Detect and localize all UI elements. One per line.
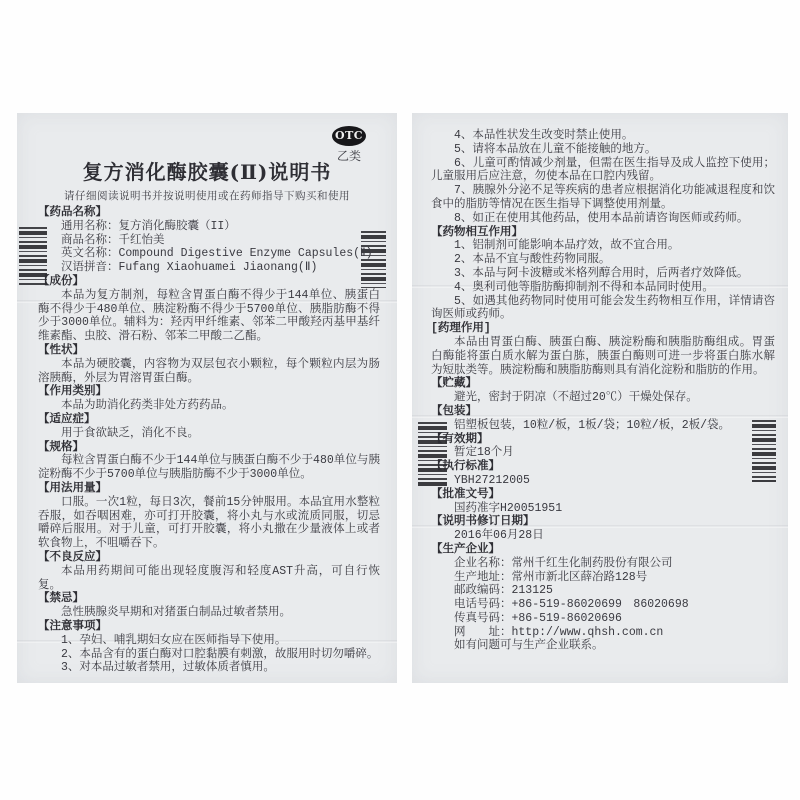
section-line: 每粒含胃蛋白酶不少于144单位与胰蛋白酶不少于480单位与胰淀粉酶不少于5700… <box>38 454 380 482</box>
section-line: 3、对本品过敏者禁用，过敏体质者慎用。 <box>38 661 380 675</box>
section-line: 口服。一次1粒，每日3次，餐前15分钟服用。本品宜用水整粒吞服，如吞咽困难，亦可… <box>38 496 380 551</box>
section-heading: 【贮藏】 <box>431 377 775 391</box>
section-heading: 【作用类别】 <box>38 385 380 399</box>
section-line: 生产地址：常州市新北区薛冶路128号 <box>431 571 775 585</box>
section-line: 4、奥利司他等脂肪酶抑制剂不得和本品同时使用。 <box>431 281 775 295</box>
section-line: 如有问题可与生产企业联系。 <box>431 639 775 653</box>
section-line: 本品为硬胶囊，内容物为双层包衣小颗粒，每个颗粒内层为肠溶胰酶，外层为胃溶胃蛋白酶… <box>38 358 380 386</box>
section-line: 2、本品含有的蛋白酶对口腔黏膜有刺激，故服用时切勿嚼碎。 <box>38 648 380 662</box>
left-page-content: 【药品名称】通用名称：复方消化酶胶囊（II）商品名称：千红怡美英文名称：Comp… <box>38 206 380 675</box>
section-line: 用于食欲缺乏，消化不良。 <box>38 427 380 441</box>
page-subtitle: 请仔细阅读说明书并按说明使用或在药师指导下购买和使用 <box>17 188 397 203</box>
section-line: 4、本品性状发生改变时禁止使用。 <box>431 129 775 143</box>
section-line: 电话号码：+86-519-86020699 86020698 <box>431 598 775 612</box>
section-line: 3、本品与阿卡波糖或米格列醇合用时，后两者疗效降低。 <box>431 267 775 281</box>
section-line: 避光，密封于阴凉（不超过20℃）干燥处保存。 <box>431 391 775 405</box>
section-heading: 【成份】 <box>38 275 380 289</box>
section-line: 网 址：http://www.qhsh.com.cn <box>431 626 775 640</box>
section-heading: 【药物相互作用】 <box>431 226 775 240</box>
section-heading: 【有效期】 <box>431 433 775 447</box>
section-line: 通用名称：复方消化酶胶囊（II） <box>38 220 380 234</box>
section-line: 传真号码：+86-519-86020696 <box>431 612 775 626</box>
insert-page-left: OTC 乙类 复方消化酶胶囊(Ⅱ)说明书 请仔细阅读说明书并按说明使用或在药师指… <box>17 113 397 683</box>
section-heading: 【执行标准】 <box>431 460 775 474</box>
otc-oval-icon: OTC <box>332 126 366 146</box>
section-heading: 【规格】 <box>38 441 380 455</box>
section-line: 8、如正在使用其他药品，使用本品前请咨询医师或药师。 <box>431 212 775 226</box>
section-line: 商品名称：千红怡美 <box>38 234 380 248</box>
section-line: 7、胰腺外分泌不足等疾病的患者应根据消化功能减退程度和饮食中的脂肪等情况在医生指… <box>431 184 775 212</box>
section-heading: 【用法用量】 <box>38 482 380 496</box>
section-line: 汉语拼音：Fufang Xiaohuamei Jiaonang(Ⅱ) <box>38 261 380 275</box>
section-line: 本品为助消化药类非处方药药品。 <box>38 399 380 413</box>
insert-page-right: 4、本品性状发生改变时禁止使用。5、请将本品放在儿童不能接触的地方。6、儿童可酌… <box>412 113 788 683</box>
right-page-content: 4、本品性状发生改变时禁止使用。5、请将本品放在儿童不能接触的地方。6、儿童可酌… <box>431 129 775 653</box>
section-line: 1、铝制剂可能影响本品疗效，故不宜合用。 <box>431 239 775 253</box>
section-line: 6、儿童可酌情减少剂量，但需在医生指导及成人监控下使用；儿童服用后应注意，勿使本… <box>431 157 775 185</box>
section-line: 2016年06月28日 <box>431 529 775 543</box>
section-line: 急性胰腺炎早期和对猪蛋白制品过敏者禁用。 <box>38 606 380 620</box>
section-heading: 【药品名称】 <box>38 206 380 220</box>
section-line: 铝塑板包装，10粒/板，1板/袋；10粒/板，2板/袋。 <box>431 419 775 433</box>
section-heading: 【说明书修订日期】 <box>431 515 775 529</box>
section-heading: 【生产企业】 <box>431 543 775 557</box>
section-heading: 【性状】 <box>38 344 380 358</box>
section-line: 5、请将本品放在儿童不能接触的地方。 <box>431 143 775 157</box>
section-line: 英文名称：Compound Digestive Enzyme Capsules(… <box>38 247 380 261</box>
section-line: 本品由胃蛋白酶、胰蛋白酶、胰淀粉酶和胰脂肪酶组成。胃蛋白酶能将蛋白质水解为蛋白胨… <box>431 336 775 377</box>
section-line: 2、本品不宜与酸性药物同服。 <box>431 253 775 267</box>
section-heading: [药理作用] <box>431 322 775 336</box>
page-title: 复方消化酶胶囊(Ⅱ)说明书 <box>17 156 397 185</box>
section-line: 邮政编码：213125 <box>431 584 775 598</box>
section-heading: 【包装】 <box>431 405 775 419</box>
section-line: 本品为复方制剂，每粒含胃蛋白酶不得少于144单位、胰蛋白酶不得少于480单位、胰… <box>38 289 380 344</box>
section-heading: 【注意事项】 <box>38 620 380 634</box>
section-heading: 【不良反应】 <box>38 551 380 565</box>
section-heading: 【禁忌】 <box>38 592 380 606</box>
section-line: 国药准字H20051951 <box>431 502 775 516</box>
section-line: 5、如遇其他药物同时使用可能会发生药物相互作用，详情请咨询医师或药师。 <box>431 295 775 323</box>
section-line: 1、孕妇、哺乳期妇女应在医师指导下使用。 <box>38 634 380 648</box>
section-line: 企业名称：常州千红生化制药股份有限公司 <box>431 557 775 571</box>
section-line: YBH27212005 <box>431 474 775 488</box>
section-heading: 【适应症】 <box>38 413 380 427</box>
section-line: 本品用药期间可能出现轻度腹泻和轻度AST升高，可自行恢复。 <box>38 565 380 593</box>
section-heading: 【批准文号】 <box>431 488 775 502</box>
section-line: 暂定18个月 <box>431 446 775 460</box>
